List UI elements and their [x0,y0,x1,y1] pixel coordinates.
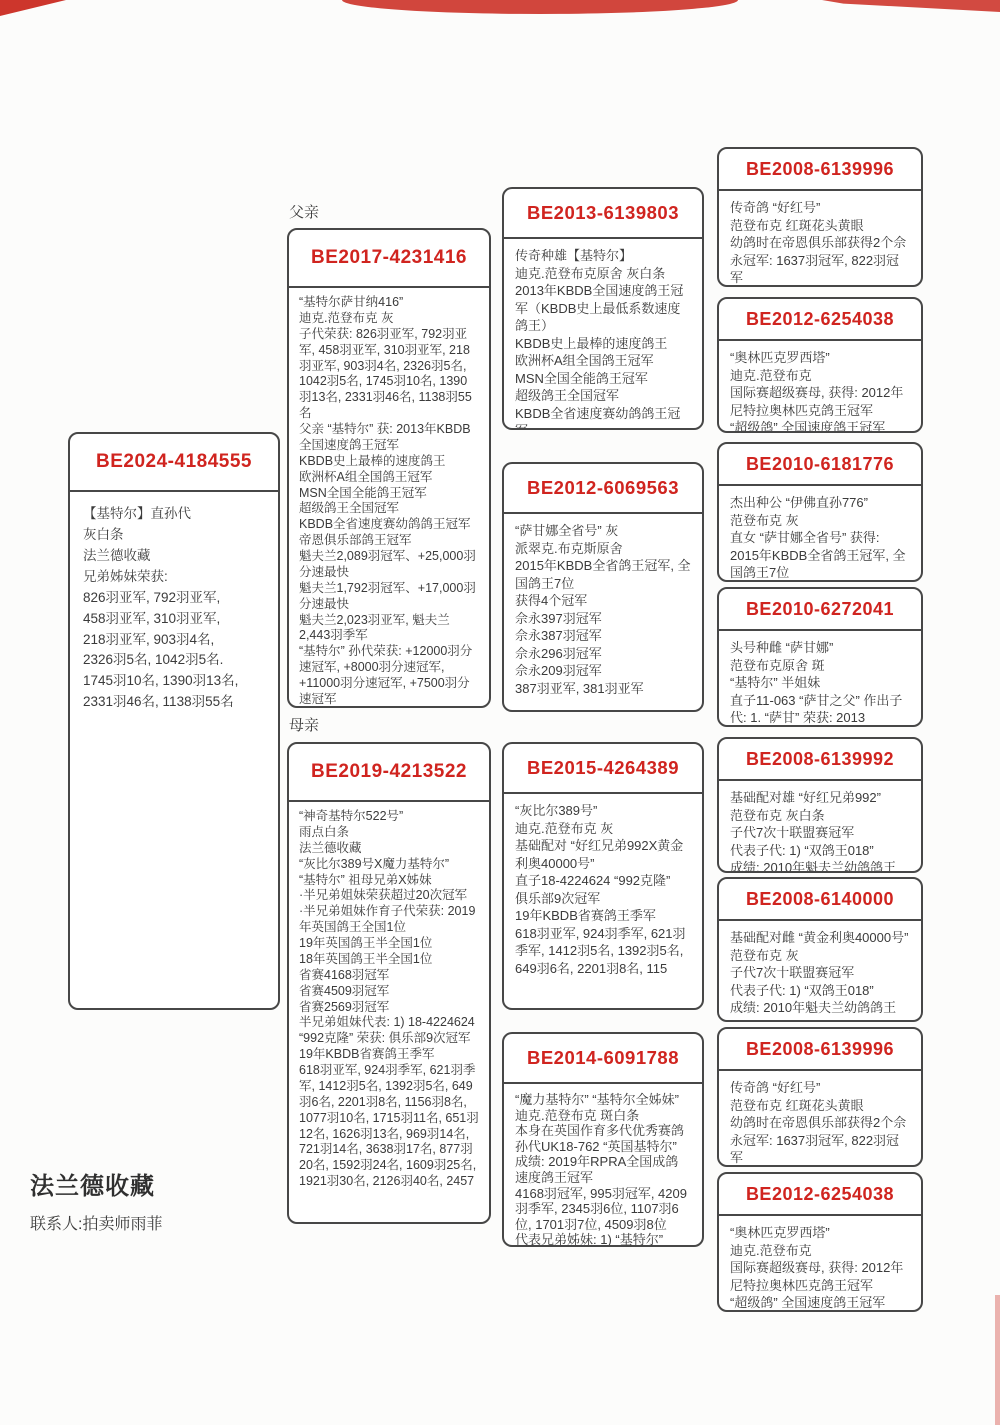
pedigree-box-father-mother: BE2012-6069563 “萨甘娜全省号” 灰 派翠克.布克斯原舍 2015… [502,462,704,712]
father-label: 父亲 [289,201,319,222]
right-edge-red-strip [995,1295,1000,1425]
ring-number-g8: BE2012-6254038 [719,1174,921,1216]
ring-number-g7: BE2008-6139996 [719,1029,921,1071]
pedigree-details-fm: “萨甘娜全省号” 灰 派翠克.布克斯原舍 2015年KBDB全省鸽王冠军, 全国… [504,514,702,705]
pedigree-details-g1: 传奇鸽 “好红号” 范登布克 红斑花头黄眼 幼鸽时在帝恩俱乐部获得2个佘永冠军:… [719,191,921,287]
pedigree-details-g3: 杰出种公 “伊佛直孙776” 范登布克 灰 直女 “萨甘娜全省号” 获得: 20… [719,486,921,582]
contact-line: 联系人:拍卖师雨菲 [30,1211,162,1234]
ring-number-mm: BE2014-6091788 [504,1034,702,1084]
pedigree-box-subject: BE2024-4184555 【基特尔】直孙代 灰白条 法兰德收藏 兄弟姊妹荣获… [68,432,280,1010]
ring-number-g6: BE2008-6140000 [719,879,921,921]
top-left-red-decoration [0,0,66,16]
pedigree-details-g6: 基础配对雌 “黄金利奥40000号” 范登布克 灰 子代7次十联盟赛冠军 代表子… [719,921,921,1022]
pedigree-details-g2: “奥林匹克罗西塔” 迪克.范登布克 国际赛超级赛母, 获得: 2012年尼特拉奥… [719,341,921,433]
pedigree-box-father-father: BE2013-6139803 传奇种雄【基特尔】 迪克.范登布克原舍 灰白条 2… [502,187,704,430]
pedigree-box-g5: BE2008-6139992 基础配对雄 “好红兄弟992” 范登布克 灰白条 … [717,737,923,873]
pedigree-details-g8: “奥林匹克罗西塔” 迪克.范登布克 国际赛超级赛母, 获得: 2012年尼特拉奥… [719,1216,921,1312]
ring-number-fm: BE2012-6069563 [504,464,702,514]
pedigree-box-mother-mother: BE2014-6091788 “魔力基特尔” “基特尔全姊妹” 迪克.范登布克 … [502,1032,704,1247]
ring-number-subject: BE2024-4184555 [70,434,278,492]
ring-number-g2: BE2012-6254038 [719,299,921,341]
pedigree-box-g1: BE2008-6139996 传奇鸽 “好红号” 范登布克 红斑花头黄眼 幼鸽时… [717,147,923,287]
pedigree-page: 父亲 母亲 BE2024-4184555 【基特尔】直孙代 灰白条 法兰德收藏 … [0,0,1000,1425]
pedigree-details-g5: 基础配对雄 “好红兄弟992” 范登布克 灰白条 子代7次十联盟赛冠军 代表子代… [719,781,921,873]
pedigree-details-ff: 传奇种雄【基特尔】 迪克.范登布克原舍 灰白条 2013年KBDB全国速度鸽王冠… [504,239,702,430]
pedigree-box-g3: BE2010-6181776 杰出种公 “伊佛直孙776” 范登布克 灰 直女 … [717,442,923,582]
mother-label: 母亲 [289,714,319,735]
pedigree-details-mf: “灰比尔389号” 迪克.范登布克 灰 基础配对 “好红兄弟992X黄金利奥40… [504,794,702,985]
pedigree-box-g8: BE2012-6254038 “奥林匹克罗西塔” 迪克.范登布克 国际赛超级赛母… [717,1172,923,1312]
pedigree-box-g4: BE2010-6272041 头号种雌 “萨甘娜” 范登布克原舍 斑 “基特尔”… [717,587,923,727]
ring-number-g5: BE2008-6139992 [719,739,921,781]
collection-title: 法兰德收藏 [30,1166,155,1201]
ring-number-mother: BE2019-4213522 [289,744,489,802]
top-center-red-arc-decoration [342,0,738,14]
pedigree-box-father: BE2017-4231416 “基特尔萨甘纳416” 迪克.范登布克 灰 子代荣… [287,228,491,708]
ring-number-ff: BE2013-6139803 [504,189,702,239]
pedigree-details-g7: 传奇鸽 “好红号” 范登布克 红斑花头黄眼 幼鸽时在帝恩俱乐部获得2个佘永冠军:… [719,1071,921,1167]
pedigree-details-mother: “神奇基特尔522号” 雨点白条 法兰德收藏 “灰比尔389号X魔力基特尔” “… [289,802,489,1197]
pedigree-details-g4: 头号种雌 “萨甘娜” 范登布克原舍 斑 “基特尔” 半姐妹 直子11-063 “… [719,631,921,727]
ring-number-g4: BE2010-6272041 [719,589,921,631]
ring-number-g1: BE2008-6139996 [719,149,921,191]
top-right-red-decoration [822,0,1000,12]
pedigree-details-mm: “魔力基特尔” “基特尔全姊妹” 迪克.范登布克 斑白条 本身在英国作育多代优秀… [504,1084,702,1247]
pedigree-box-mother: BE2019-4213522 “神奇基特尔522号” 雨点白条 法兰德收藏 “灰… [287,742,491,1224]
ring-number-g3: BE2010-6181776 [719,444,921,486]
pedigree-details-subject: 【基特尔】直孙代 灰白条 法兰德收藏 兄弟姊妹荣获: 826羽亚军, 792羽亚… [70,492,278,725]
pedigree-box-g7: BE2008-6139996 传奇鸽 “好红号” 范登布克 红斑花头黄眼 幼鸽时… [717,1027,923,1167]
pedigree-details-father: “基特尔萨甘纳416” 迪克.范登布克 灰 子代荣获: 826羽亚军, 792羽… [289,288,489,708]
pedigree-box-g2: BE2012-6254038 “奥林匹克罗西塔” 迪克.范登布克 国际赛超级赛母… [717,297,923,433]
pedigree-box-g6: BE2008-6140000 基础配对雌 “黄金利奥40000号” 范登布克 灰… [717,877,923,1022]
pedigree-box-mother-father: BE2015-4264389 “灰比尔389号” 迪克.范登布克 灰 基础配对 … [502,742,704,1010]
ring-number-father: BE2017-4231416 [289,230,489,288]
ring-number-mf: BE2015-4264389 [504,744,702,794]
